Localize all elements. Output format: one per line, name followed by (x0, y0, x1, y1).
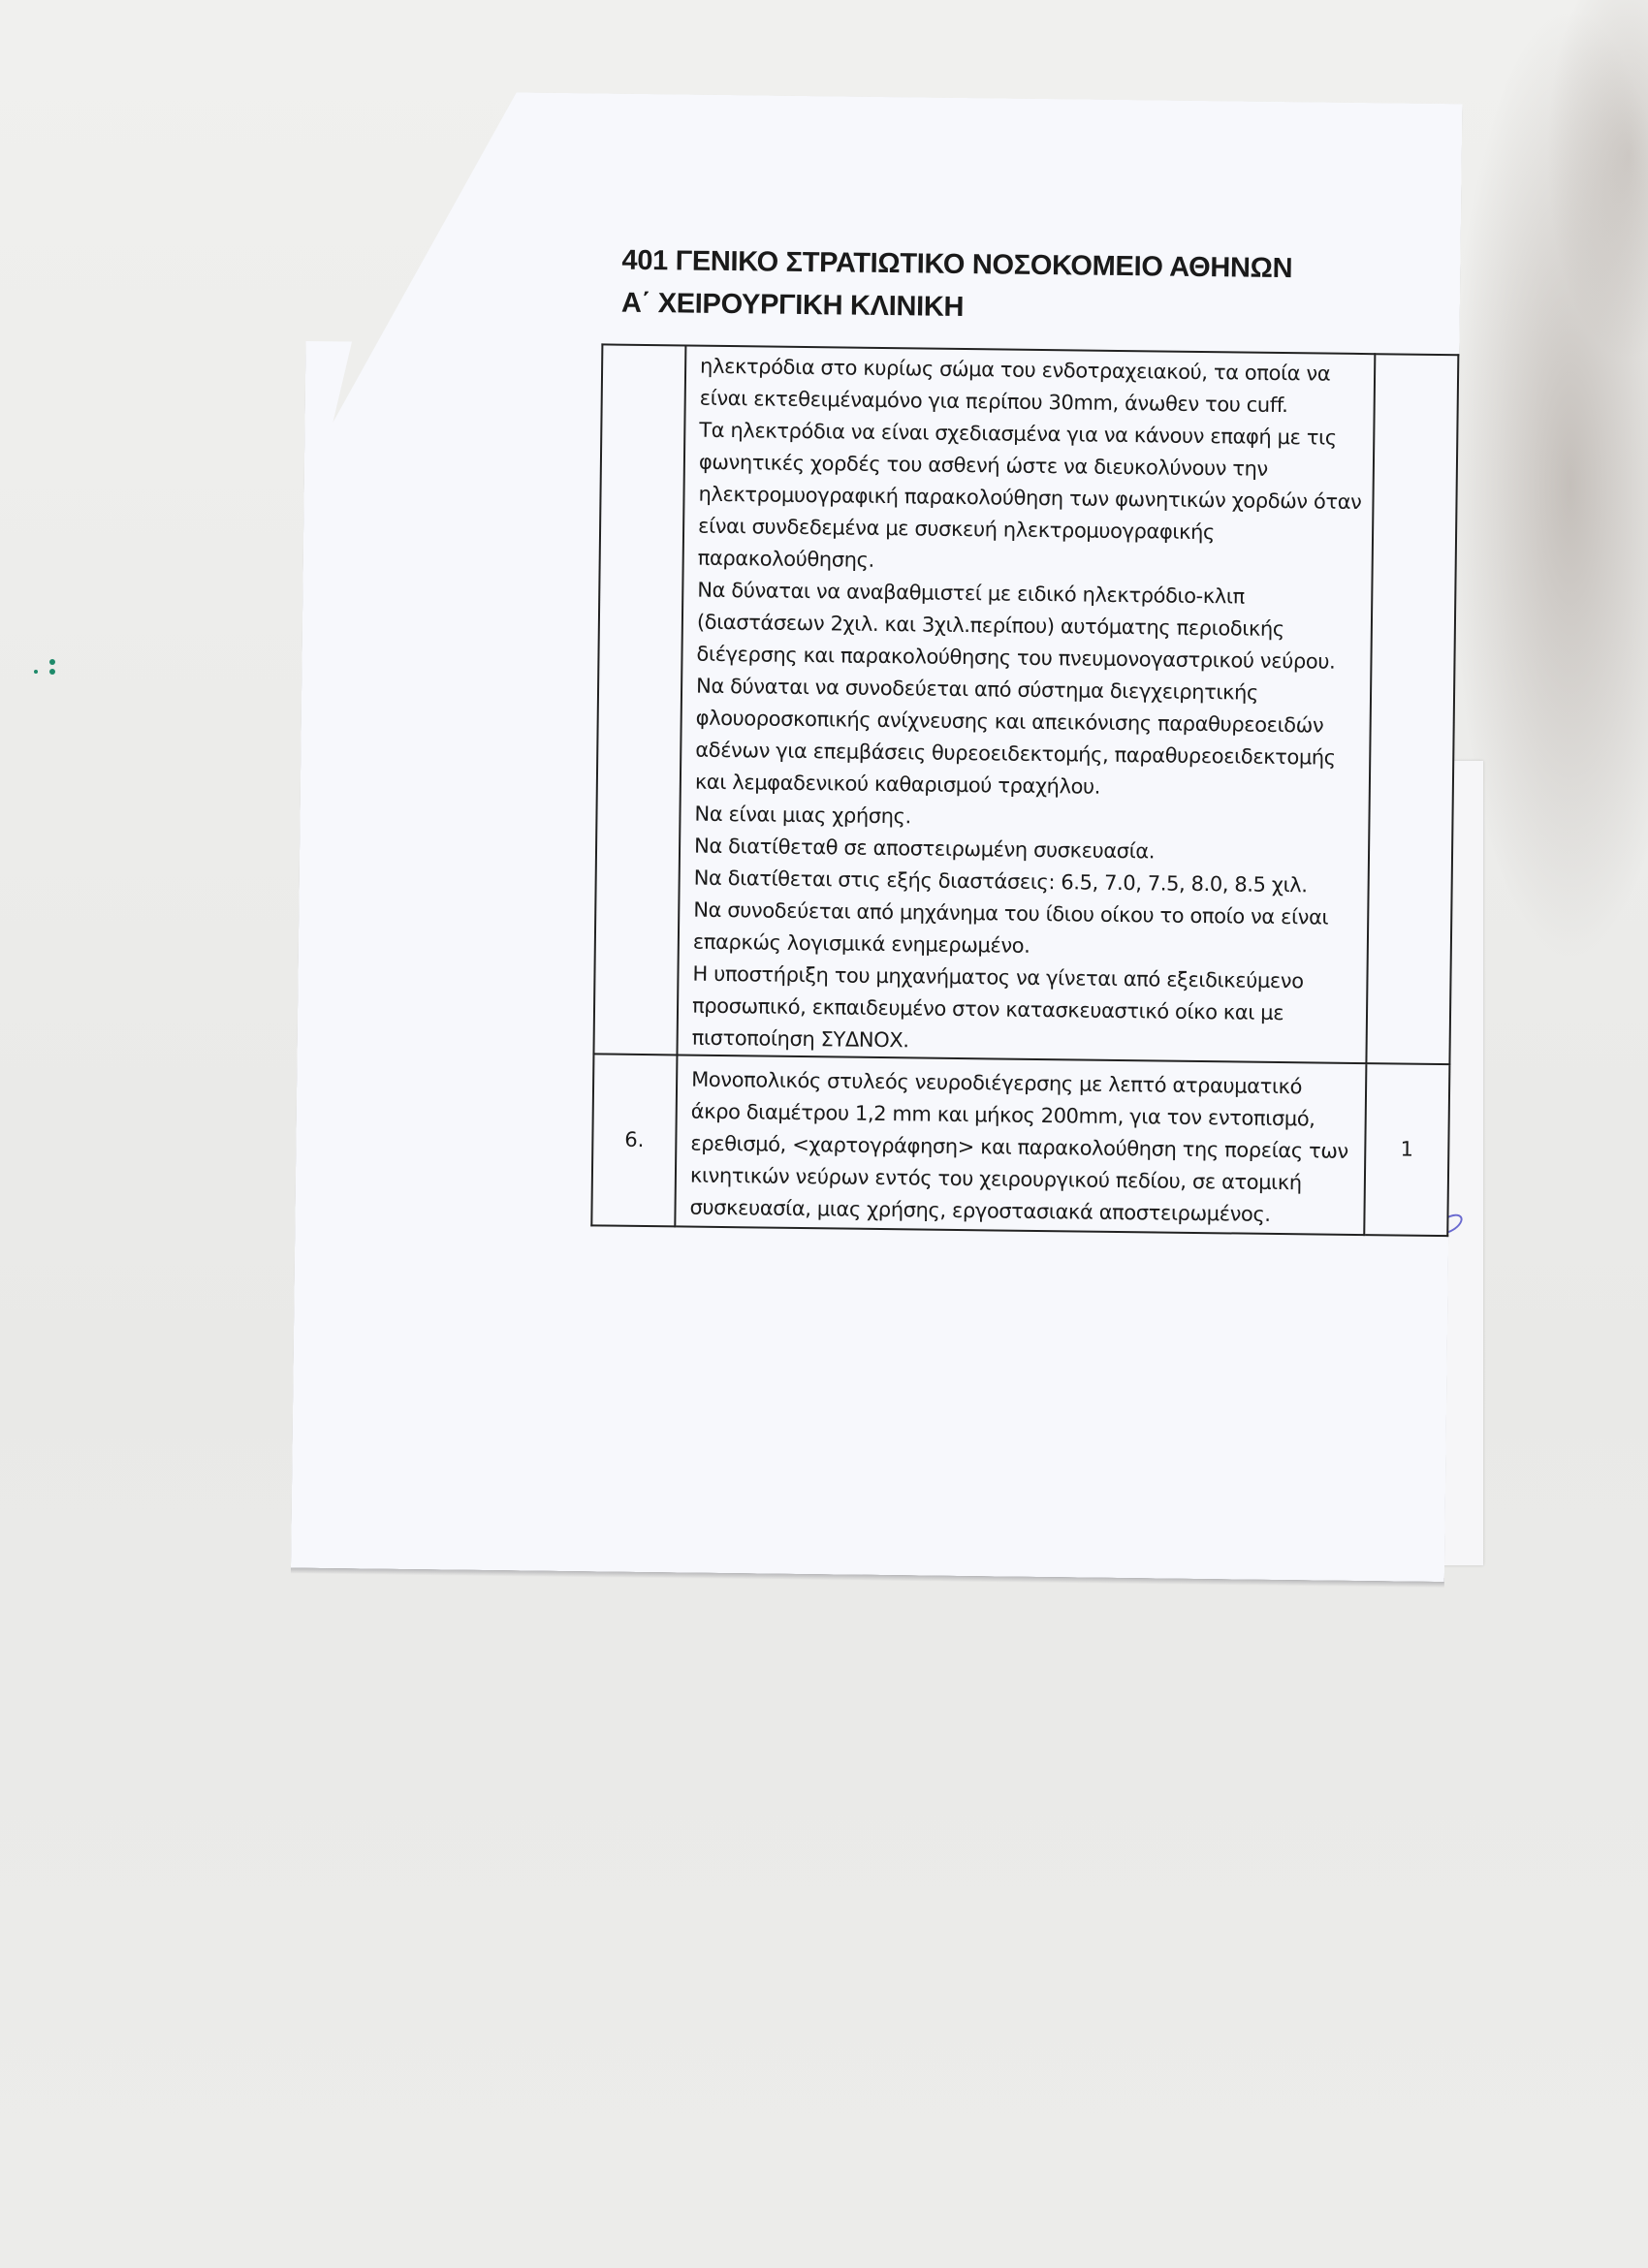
table-row: ηλεκτρόδια στο κυρίως σώμα του ενδοτραχε… (593, 344, 1458, 1064)
table-row: 6.Μονοπολικός στυλεός νευροδιέγερσης με … (591, 1054, 1449, 1236)
ink-mark (34, 659, 63, 678)
spec-paragraph: Να συνοδεύεται από μηχάνημα του ίδιου οί… (693, 895, 1358, 966)
document-page: 401 ΓΕΝΙΚΟ ΣΤΡΑΤΙΩΤΙΚΟ ΝΟΣΟΚΟΜΕΙΟ ΑΘΗΝΩΝ… (291, 90, 1463, 1582)
item-description: Μονοπολικός στυλεός νευροδιέγερσης με λε… (675, 1055, 1366, 1235)
item-quantity (1366, 354, 1458, 1064)
spec-paragraph: Μονοπολικός στυλεός νευροδιέγερσης με λε… (689, 1064, 1355, 1232)
clinic-name: Α΄ ΧΕΙΡΟΥΡΓΙΚΗ ΚΛΙΝΙΚΗ (621, 282, 1292, 332)
item-quantity: 1 (1364, 1063, 1449, 1236)
spec-paragraph: ηλεκτρόδια στο κυρίως σώμα του ενδοτραχε… (700, 351, 1365, 423)
item-number: 6. (591, 1054, 677, 1226)
specification-table: ηλεκτρόδια στο κυρίως σώμα του ενδοτραχε… (590, 343, 1459, 1237)
spec-paragraph: Να δύναται να συνοδεύεται από σύστημα δι… (695, 671, 1361, 806)
item-description: ηλεκτρόδια στο κυρίως σώμα του ενδοτραχε… (677, 345, 1375, 1063)
spec-paragraph: Η υποστήριξη του μηχανήματος να γίνεται … (691, 959, 1356, 1062)
document-header: 401 ΓΕΝΙΚΟ ΣΤΡΑΤΙΩΤΙΚΟ ΝΟΣΟΚΟΜΕΙΟ ΑΘΗΝΩΝ… (621, 239, 1293, 332)
spec-paragraph: Να δύναται να αναβαθμιστεί με ειδικό ηλε… (696, 575, 1361, 678)
spec-paragraph: Τα ηλεκτρόδια να είναι σχεδιασμένα για ν… (698, 415, 1364, 583)
item-number (593, 344, 685, 1055)
